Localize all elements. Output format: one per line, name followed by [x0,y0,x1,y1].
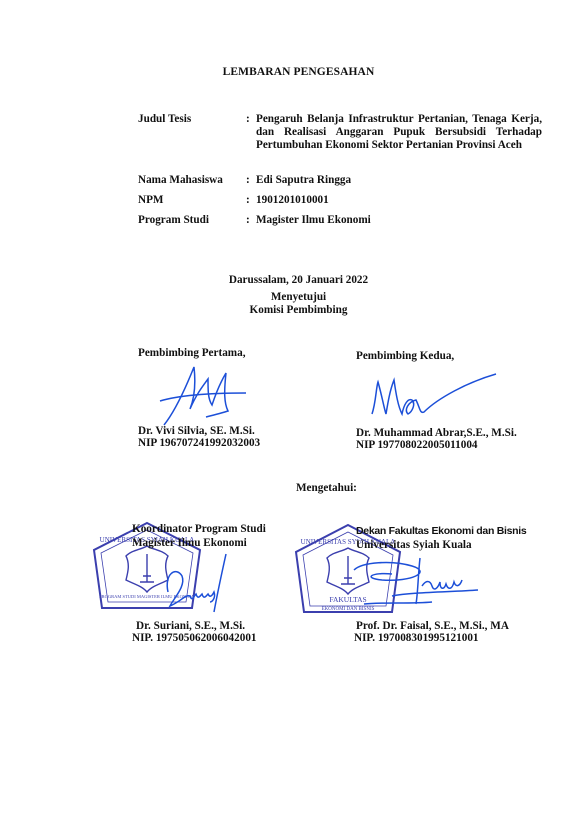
supervisor-1-nip: NIP 196707241992032003 [138,437,260,450]
field-label: Program Studi [138,214,209,227]
field-value: Magister Ilmu Ekonomi [256,214,542,227]
official-1-role: Koordinator Program Studi [132,523,266,536]
field-label: Nama Mahasiswa [138,174,223,187]
field-value: Pengaruh Belanja Infrastruktur Pertanian… [256,113,542,153]
approval-heading: Menyetujui [0,291,579,304]
official-1-nip: NIP. 197505062006042001 [132,632,257,645]
field-thesis-title: Judul Tesis : Pengaruh Belanja Infrastru… [138,113,543,167]
official-2-role: Dekan Fakultas Ekonomi dan Bisnis [356,525,526,538]
field-label: Judul Tesis [138,113,191,126]
place-date: Darussalam, 20 Januari 2022 [0,274,579,287]
signature-supervisor-2 [368,368,503,423]
field-label: NPM [138,194,163,207]
page-title: LEMBARAN PENGESAHAN [0,66,579,79]
field-separator: : [246,174,250,187]
signature-official-1 [160,552,240,622]
field-separator: : [246,194,250,207]
official-1-program: Magister Ilmu Ekonomi [132,537,247,550]
signature-supervisor-1 [150,365,250,430]
field-separator: : [246,214,250,227]
signature-official-2 [352,552,482,624]
field-value: 1901201010001 [256,194,542,207]
supervisor-2-nip: NIP 197708022005011004 [356,439,478,452]
official-2-nip: NIP. 197008301995121001 [354,632,479,645]
field-value: Edi Saputra Ringga [256,174,542,187]
supervisor-1-role: Pembimbing Pertama, [138,347,246,360]
field-separator: : [246,113,250,126]
acknowledged-heading: Mengetahui: [296,482,357,495]
supervisor-2-role: Pembimbing Kedua, [356,350,454,363]
official-2-university: Universitas Syiah Kuala [356,539,472,552]
committee-heading: Komisi Pembimbing [0,304,579,317]
